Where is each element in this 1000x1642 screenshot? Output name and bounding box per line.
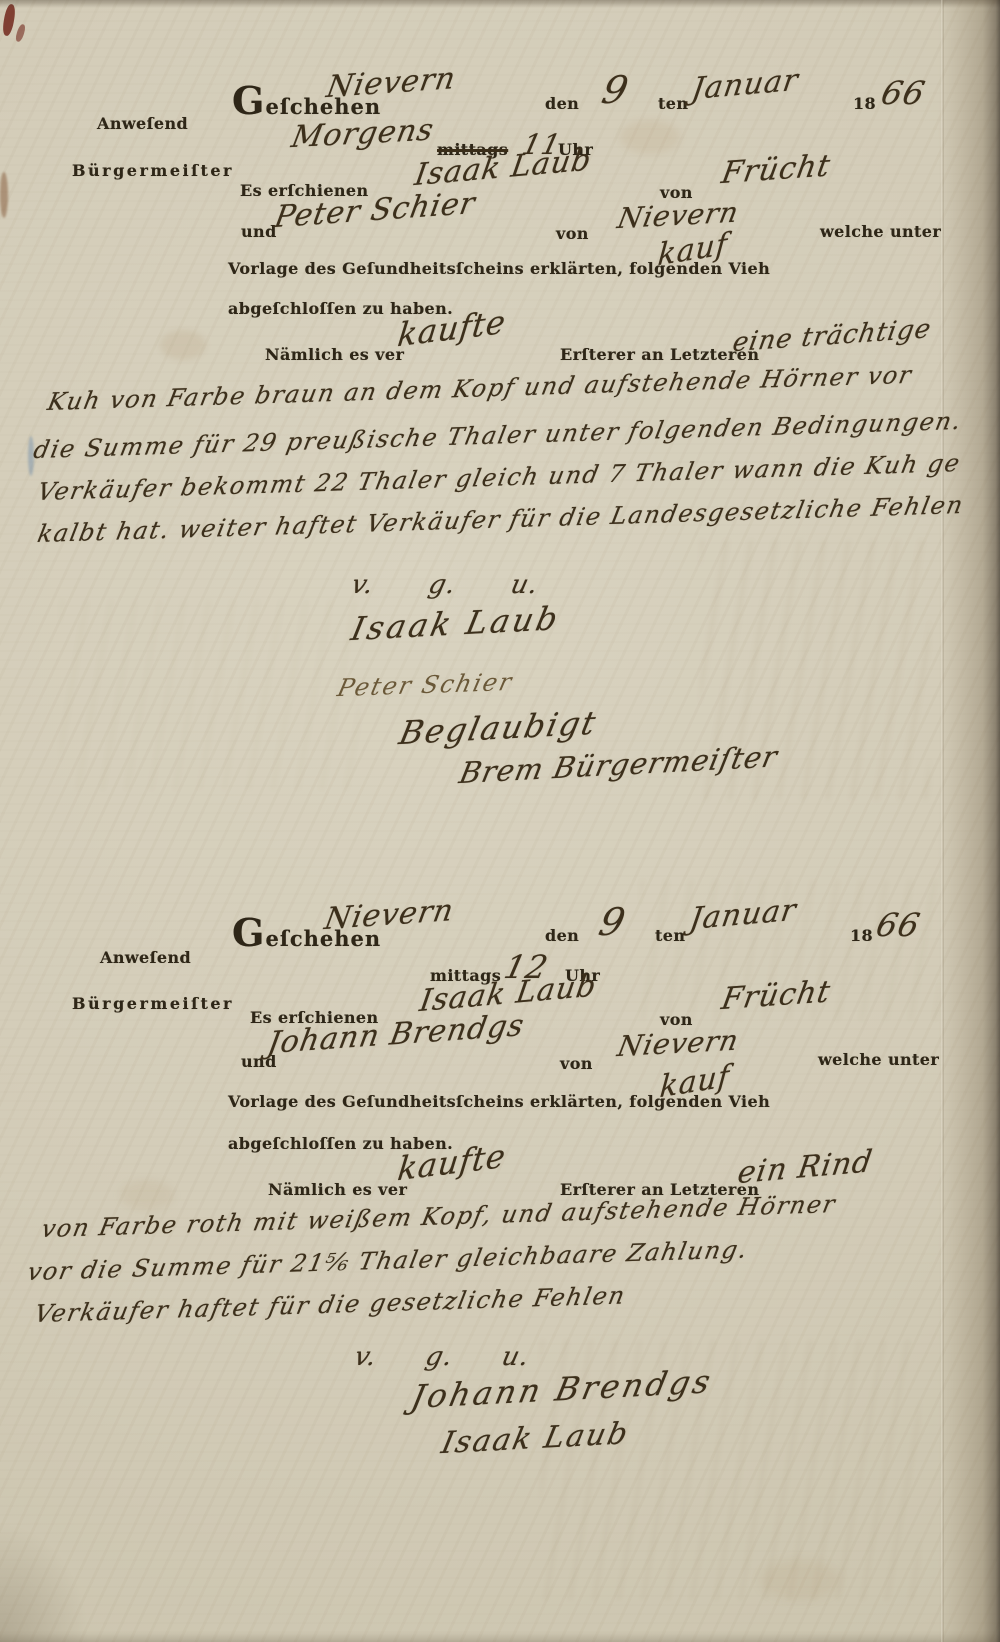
record-2: Anweſend Bürgermeiſter Geſchehen Nievern… xyxy=(0,0,1000,1642)
buyer-place-entry: Nievern xyxy=(615,1023,742,1063)
signature-seller: Isaak Laub xyxy=(438,1416,632,1461)
sale-object-entry: ein Rind xyxy=(735,1144,875,1191)
ten-label: ten xyxy=(655,926,685,945)
contract-hw-line: von Farbe roth mit weißem Kopf, und aufs… xyxy=(39,1190,838,1243)
naemlich-label: Nämlich es ver xyxy=(268,1180,407,1199)
von-label: von xyxy=(560,1054,593,1073)
vgu-abbreviation: v. g. u. xyxy=(352,1342,533,1372)
contract-hw-line: vor die Summe für 21⅚ Thaler gleichbaare… xyxy=(25,1235,751,1286)
year-suffix-entry: 66 xyxy=(873,906,924,944)
seller-place-entry: Frücht xyxy=(719,974,834,1017)
day-entry: 9 xyxy=(595,900,630,944)
margin-buergermeister-label: Bürgermeiſter xyxy=(72,994,234,1013)
margin-anwesend-label: Anweſend xyxy=(100,948,191,967)
place-entry-handwritten: Nievern xyxy=(322,893,457,938)
contract-hw-line: Verkäufer haftet für die gesetzliche Feh… xyxy=(32,1281,628,1328)
month-entry: Januar xyxy=(687,892,799,937)
den-label: den xyxy=(545,926,579,945)
register-page-scan: Anweſend Bürgermeiſter Geſchehen Nievern… xyxy=(0,0,1000,1642)
welche-unter-label: welche unter xyxy=(818,1050,939,1069)
year-prefix-label: 18 xyxy=(850,926,873,945)
